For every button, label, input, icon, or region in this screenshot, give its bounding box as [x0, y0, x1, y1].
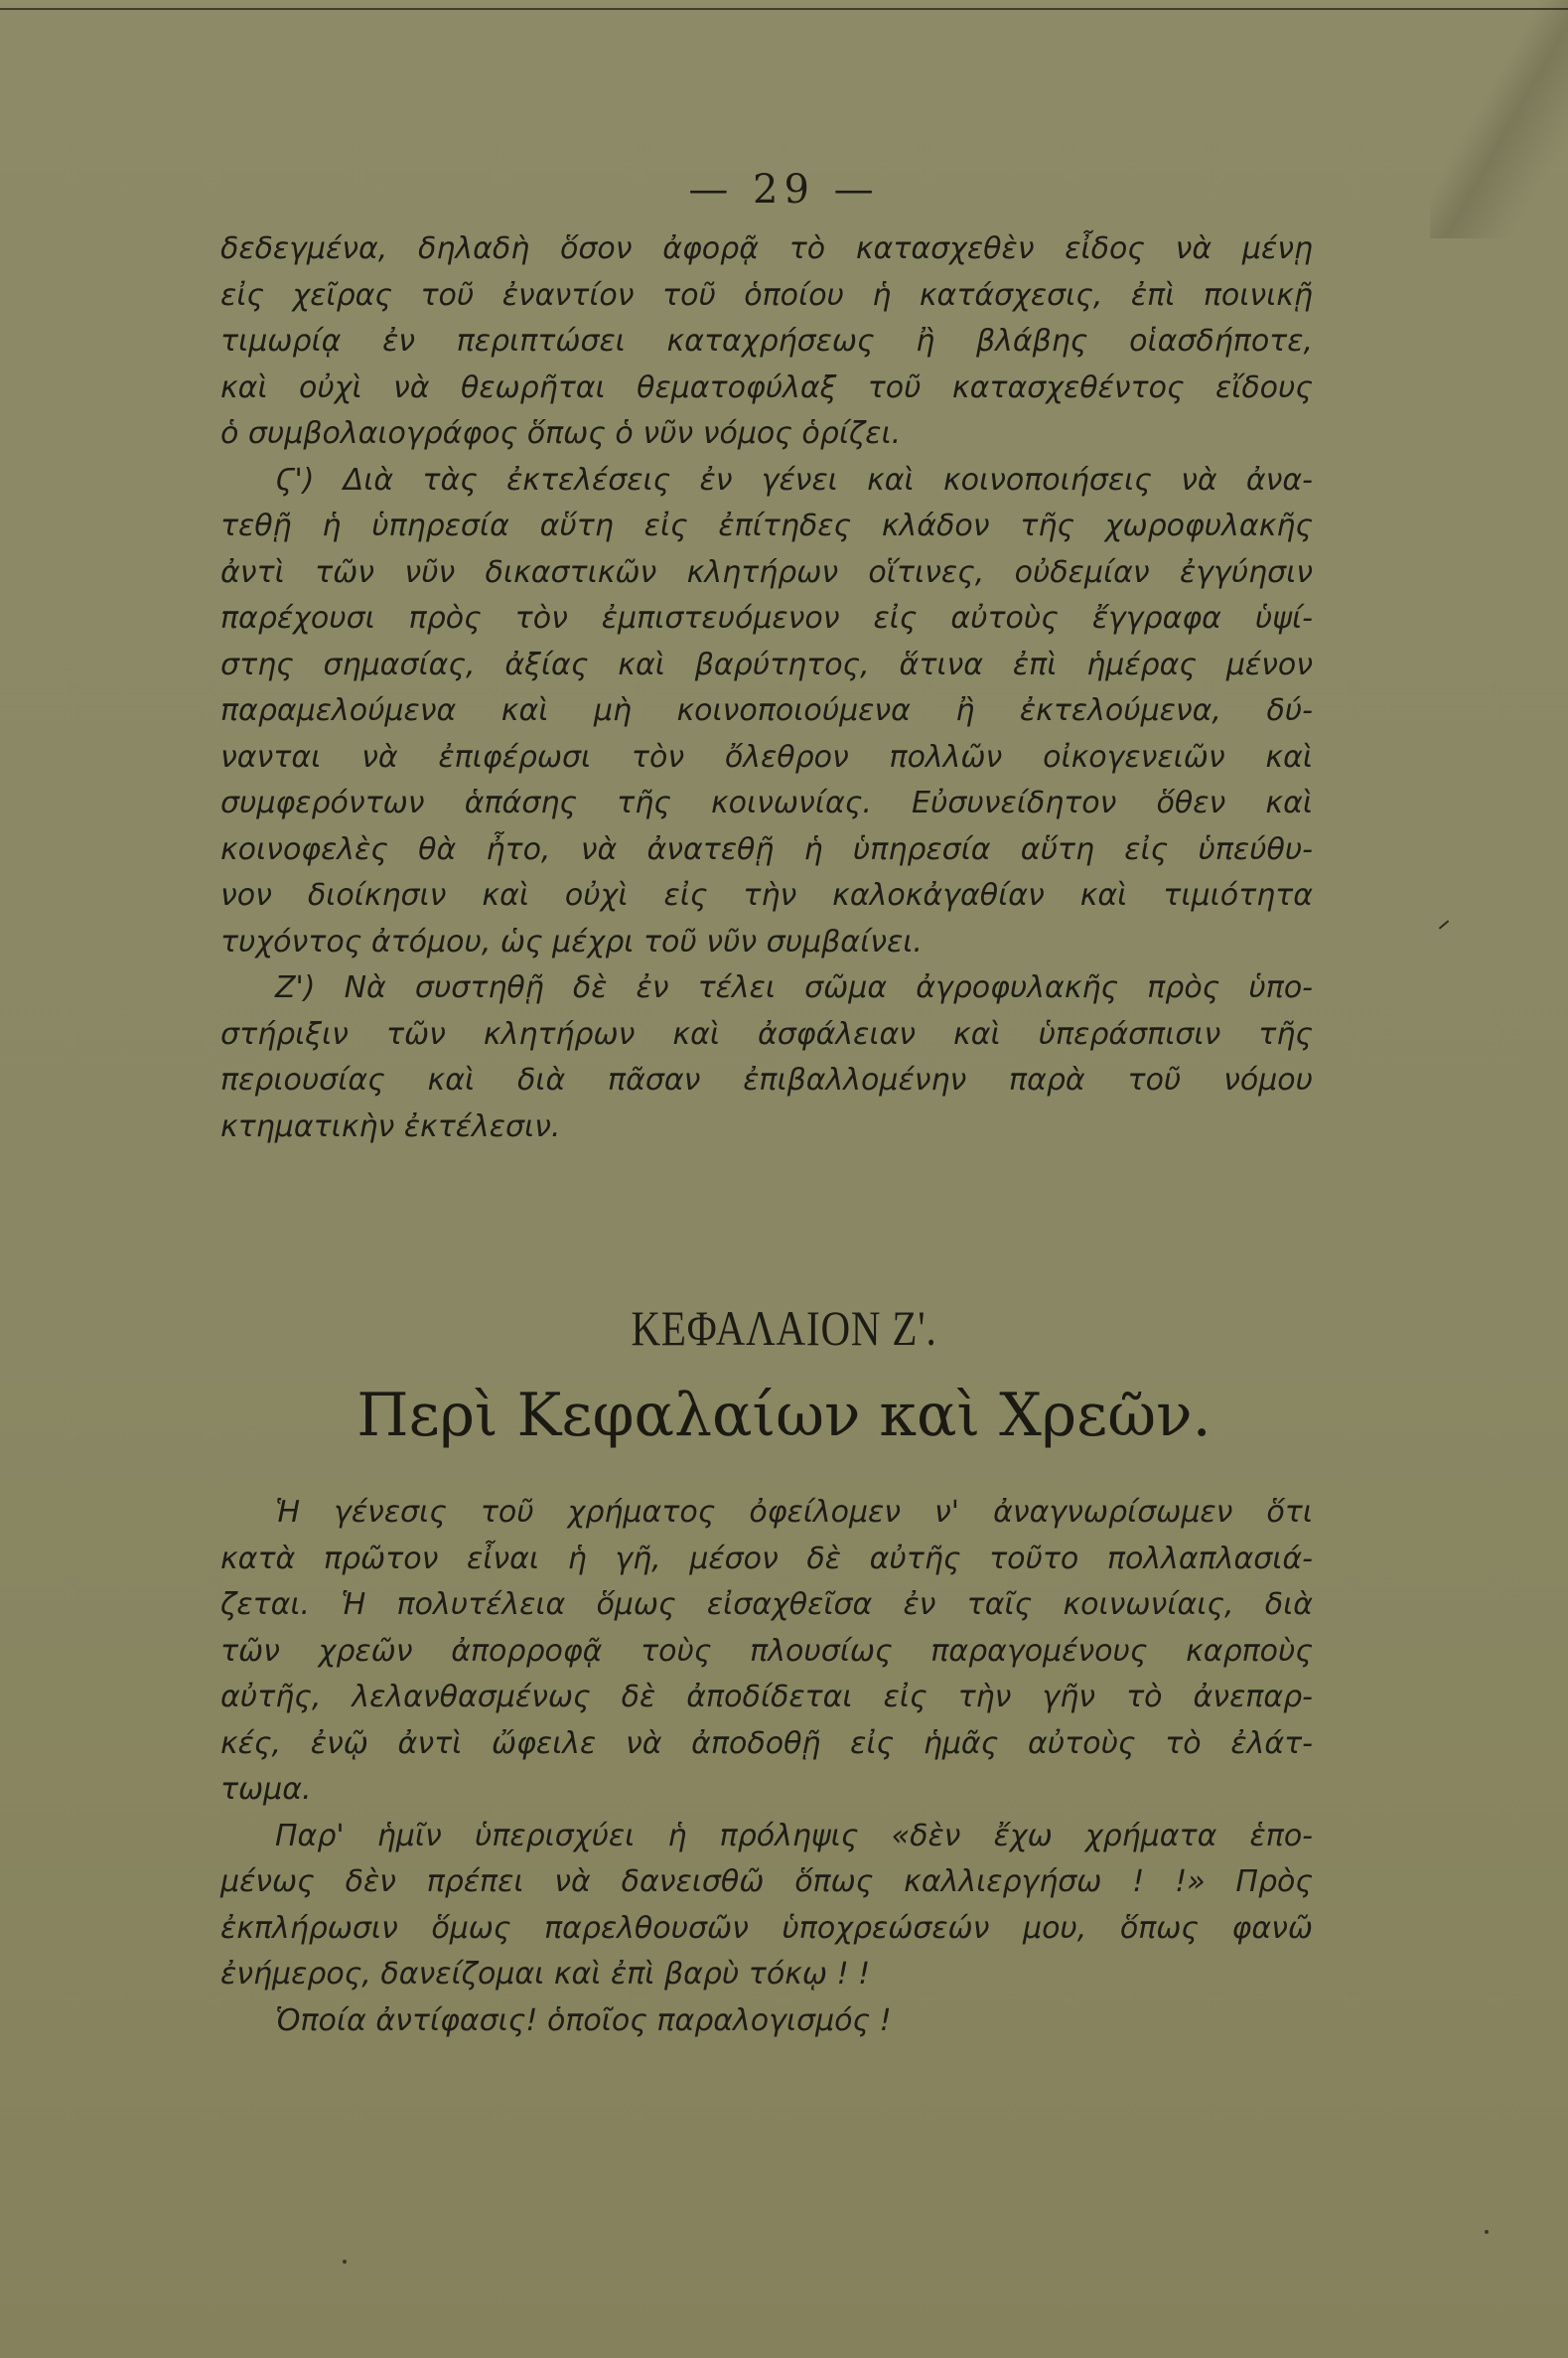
text-line: κτηματικὴν ἐκτέλεσιν.	[220, 1105, 1313, 1151]
text-line: νανται νὰ ἐπιφέρωσι τὸν ὄλεθρον πολλῶν ο…	[220, 735, 1313, 782]
paragraph-item-7: Ζ') Νὰ συστηθῇ δὲ ἐν τέλει σῶμα ἀγροφυλα…	[220, 965, 1313, 1012]
text-line: παραμελούμενα καὶ μὴ κοινοποιούμενα ἢ ἐκ…	[220, 688, 1313, 735]
text-line: στήριξιν τῶν κλητήρων καὶ ἀσφάλειαν καὶ …	[220, 1012, 1313, 1059]
text-line: τιμωρίᾳ ἐν περιπτώσει καταχρήσεως ἢ βλάβ…	[220, 319, 1313, 366]
text-line: κές, ἐνῷ ἀντὶ ὤφειλε νὰ ἀποδοθῇ εἰς ἡμᾶς…	[220, 1721, 1313, 1768]
text-line: συμφερόντων ἁπάσης τῆς κοινωνίας. Εὐσυνε…	[220, 781, 1313, 827]
text-line: κατὰ πρῶτον εἶναι ἡ γῆ, μέσον δὲ αὐτῆς τ…	[220, 1537, 1313, 1583]
text-line: νον διοίκησιν καὶ οὐχὶ εἰς τὴν καλοκἀγαθ…	[220, 873, 1313, 920]
text-line: ζεται. Ἡ πολυτέλεια ὅμως εἰσαχθεῖσα ἐν τ…	[220, 1582, 1313, 1629]
page-number: — 29 —	[0, 167, 1568, 213]
text-line: τεθῇ ἡ ὑπηρεσία αὕτη εἰς ἐπίτηδες κλάδον…	[220, 504, 1313, 550]
text-line: περιουσίας καὶ διὰ πᾶσαν ἐπιβαλλομένην π…	[220, 1058, 1313, 1105]
margin-pencil-mark	[1439, 920, 1449, 929]
text-section-capital-and-debts: Ἡ γένεσις τοῦ χρήματος ὀφείλομεν ν' ἀναγ…	[220, 1490, 1313, 2044]
text-line: Παρ' ἡμῖν ὑπερισχύει ἡ πρόληψις «δὲν ἔχω…	[220, 1814, 1313, 1860]
text-line: μένως δὲν πρέπει νὰ δανεισθῶ ὅπως καλλιε…	[220, 1859, 1313, 1906]
chapter-title: Περὶ Κεφαλαίων καὶ Χρεῶν.	[0, 1381, 1568, 1450]
text-line: Ὁποία ἀντίφασις! ὁποῖος παραλογισμός !	[220, 1998, 1313, 2045]
text-line: ὁ συμβολαιογράφος ὅπως ὁ νῦν νόμος ὁρίζε…	[220, 411, 1313, 458]
scanned-book-page: — 29 — δεδεγμένα, δηλαδὴ ὅσον ἀφορᾷ τὸ κ…	[0, 0, 1568, 2358]
paper-speck	[1485, 2230, 1489, 2234]
text-section-provisions: δεδεγμένα, δηλαδὴ ὅσον ἀφορᾷ τὸ κατασχεθ…	[220, 226, 1313, 1150]
text-line: τωμα.	[220, 1767, 1313, 1814]
text-line: δεδεγμένα, δηλαδὴ ὅσον ἀφορᾷ τὸ κατασχεθ…	[220, 226, 1313, 273]
page-top-edge	[0, 0, 1568, 10]
text-line: τυχόντος ἀτόμου, ὡς μέχρι τοῦ νῦν συμβαί…	[220, 920, 1313, 966]
text-line: Ἡ γένεσις τοῦ χρήματος ὀφείλομεν ν' ἀναγ…	[220, 1490, 1313, 1537]
text-line: ἀντὶ τῶν νῦν δικαστικῶν κλητήρων οἵτινες…	[220, 550, 1313, 597]
text-line: κοινοφελὲς θὰ ἦτο, νὰ ἀνατεθῇ ἡ ὑπηρεσία…	[220, 827, 1313, 874]
paper-speck	[343, 2260, 347, 2264]
text-line: ἐκπλήρωσιν ὅμως παρελθουσῶν ὑποχρεώσεών …	[220, 1906, 1313, 1953]
paragraph-item-6: Ϛ') Διὰ τὰς ἐκτελέσεις ἐν γένει καὶ κοιν…	[220, 458, 1313, 505]
text-line: καὶ οὐχὶ νὰ θεωρῆται θεματοφύλαξ τοῦ κατ…	[220, 366, 1313, 412]
text-line: τῶν χρεῶν ἀπορροφᾷ τοὺς πλουσίως παραγομ…	[220, 1629, 1313, 1676]
chapter-label: ΚΕΦΑΛΑΙΟΝ Ζ'.	[141, 1299, 1427, 1357]
text-line: παρέχουσι πρὸς τὸν ἐμπιστευόμενον εἰς αὐ…	[220, 596, 1313, 643]
text-line: αὐτῆς, λελανθασμένως δὲ ἀποδίδεται εἰς τ…	[220, 1675, 1313, 1721]
text-line: στης σημασίας, ἀξίας καὶ βαρύτητος, ἅτιν…	[220, 643, 1313, 689]
text-line: ἐνήμερος, δανείζομαι καὶ ἐπὶ βαρὺ τόκῳ !…	[220, 1952, 1313, 1998]
text-line: εἰς χεῖρας τοῦ ἐναντίον τοῦ ὁποίου ἡ κατ…	[220, 273, 1313, 320]
